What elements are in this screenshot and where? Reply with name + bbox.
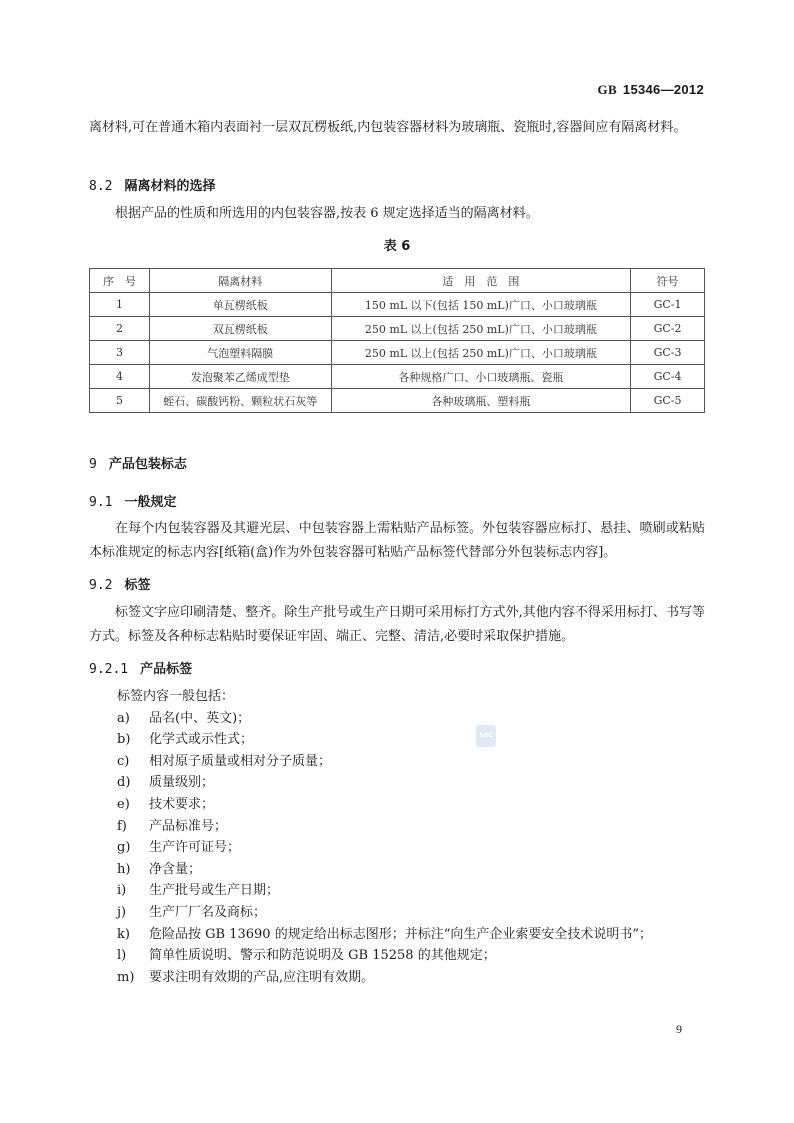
list-label: j) (117, 902, 149, 924)
section-number: 9.2 (89, 578, 112, 593)
table-row: 1 单瓦楞纸板 150 mL 以下(包括 150 mL)广口、小口玻璃瓶 GC-… (90, 293, 705, 317)
section-title: 产品包装标志 (109, 457, 187, 472)
intro-paragraph: 离材料,可在普通木箱内表面衬一层双瓦楞板纸,内包装容器材料为玻璃瓶、瓷瓶时,容器… (89, 116, 705, 140)
list-text: 简单性质说明、警示和防范说明及 GB 15258 的其他规定； (149, 948, 496, 963)
list-text: 相对原子质量或相对分子质量； (149, 754, 331, 769)
standard-code: GB (598, 82, 617, 97)
list-text: 化学式或示性式； (149, 732, 253, 747)
list-item: f)产品标准号； (117, 816, 717, 838)
cell-material: 双瓦楞纸板 (149, 317, 331, 341)
cell-index: 4 (90, 365, 150, 389)
page-number: 9 (676, 1022, 682, 1037)
cell-symbol: GC-1 (631, 293, 705, 317)
list-text: 品名(中、英文)； (149, 711, 250, 726)
list-text: 生产批号或生产日期； (149, 883, 279, 898)
list-intro: 标签内容一般包括： (117, 686, 717, 708)
list-item: e)技术要求； (117, 794, 717, 816)
cell-index: 2 (90, 317, 150, 341)
table-row: 3 气泡塑料隔膜 250 mL 以上(包括 250 mL)广口、小口玻璃瓶 GC… (90, 341, 705, 365)
cell-symbol: GC-3 (631, 341, 705, 365)
header-material: 隔离材料 (149, 269, 331, 293)
list-label: h) (117, 859, 149, 881)
list-label: l) (117, 945, 149, 967)
list-item: l)简单性质说明、警示和防范说明及 GB 15258 的其他规定； (117, 945, 717, 967)
list-text: 技术要求； (149, 797, 214, 812)
cell-symbol: GC-2 (631, 317, 705, 341)
table-row: 4 发泡聚苯乙烯成型垫 各种规格广口、小口玻璃瓶、瓷瓶 GC-4 (90, 365, 705, 389)
list-text: 生产许可证号； (149, 840, 240, 855)
cell-index: 1 (90, 293, 150, 317)
table-caption: 表 6 (0, 235, 794, 254)
list-label: b) (117, 729, 149, 751)
standard-id: 15346—2012 (623, 82, 704, 97)
list-text: 生产厂厂名及商标； (149, 905, 266, 920)
cell-scope: 150 mL 以下(包括 150 mL)广口、小口玻璃瓶 (331, 293, 630, 317)
section-8-2-text: 根据产品的性质和所选用的内包装容器,按表 6 规定选择适当的隔离材料。 (89, 202, 705, 226)
section-title: 隔离材料的选择 (124, 179, 215, 194)
list-text: 要求注明有效期的产品,应注明有效期。 (149, 970, 374, 985)
table-row: 2 双瓦楞纸板 250 mL 以上(包括 250 mL)广口、小口玻璃瓶 GC-… (90, 317, 705, 341)
cell-symbol: GC-5 (631, 389, 705, 413)
list-label: c) (117, 751, 149, 773)
list-label: f) (117, 816, 149, 838)
section-heading-9: 9产品包装标志 (89, 453, 187, 472)
header-symbol: 符号 (631, 269, 705, 293)
watermark-logo-icon: SAC (476, 725, 496, 747)
section-heading-9-2-1: 9.2.1产品标签 (89, 658, 192, 677)
list-item: a)品名(中、英文)； (117, 708, 717, 730)
cell-index: 3 (90, 341, 150, 365)
isolation-materials-table: 序 号 隔离材料 适 用 范 围 符号 1 单瓦楞纸板 150 mL 以下(包括… (89, 268, 705, 413)
list-label: i) (117, 880, 149, 902)
list-label: g) (117, 837, 149, 859)
cell-scope: 各种规格广口、小口玻璃瓶、瓷瓶 (331, 365, 630, 389)
section-9-2-text: 标签文字应印刷清楚、整齐。除生产批号或生产日期可采用标打方式外,其他内容不得采用… (89, 601, 705, 649)
list-item: d)质量级别； (117, 772, 717, 794)
section-heading-8-2: 8.2隔离材料的选择 (89, 175, 216, 194)
section-title: 一般规定 (124, 495, 176, 510)
list-label: k) (117, 924, 149, 946)
cell-material: 发泡聚苯乙烯成型垫 (149, 365, 331, 389)
table-header-row: 序 号 隔离材料 适 用 范 围 符号 (90, 269, 705, 293)
section-number: 8.2 (89, 179, 112, 194)
section-heading-9-2: 9.2标签 (89, 574, 151, 593)
section-number: 9.2.1 (89, 662, 128, 677)
cell-symbol: GC-4 (631, 365, 705, 389)
list-item: j)生产厂厂名及商标； (117, 902, 717, 924)
list-item: i)生产批号或生产日期； (117, 880, 717, 902)
cell-material: 单瓦楞纸板 (149, 293, 331, 317)
cell-scope: 250 mL 以上(包括 250 mL)广口、小口玻璃瓶 (331, 341, 630, 365)
list-label: e) (117, 794, 149, 816)
list-item: m)要求注明有效期的产品,应注明有效期。 (117, 967, 717, 989)
cell-material: 蛭石、碳酸钙粉、颗粒状石灰等 (149, 389, 331, 413)
list-text: 净含量； (149, 862, 201, 877)
list-label: d) (117, 772, 149, 794)
header-scope: 适 用 范 围 (331, 269, 630, 293)
section-title: 标签 (124, 578, 150, 593)
section-9-1-text: 在每个内包装容器及其避光层、中包装容器上需粘贴产品标签。外包装容器应标打、悬挂、… (89, 517, 705, 565)
list-item: h)净含量； (117, 859, 717, 881)
list-text: 产品标准号； (149, 819, 227, 834)
table-row: 5 蛭石、碳酸钙粉、颗粒状石灰等 各种玻璃瓶、塑料瓶 GC-5 (90, 389, 705, 413)
header-index: 序 号 (90, 269, 150, 293)
standard-number: GB15346—2012 (598, 82, 704, 98)
cell-index: 5 (90, 389, 150, 413)
section-number: 9.1 (89, 495, 112, 510)
list-label: m) (117, 967, 149, 989)
label-contents-list: 标签内容一般包括： a)品名(中、英文)； b)化学式或示性式； c)相对原子质… (117, 686, 717, 988)
list-item: k)危险品按 GB 13690 的规定给出标志图形；并标注“向生产企业索要安全技… (117, 924, 717, 946)
cell-scope: 250 mL 以上(包括 250 mL)广口、小口玻璃瓶 (331, 317, 630, 341)
cell-scope: 各种玻璃瓶、塑料瓶 (331, 389, 630, 413)
list-text: 危险品按 GB 13690 的规定给出标志图形；并标注“向生产企业索要安全技术说… (149, 927, 652, 942)
section-heading-9-1: 9.1一般规定 (89, 491, 177, 510)
list-item: b)化学式或示性式； (117, 729, 717, 751)
section-title: 产品标签 (140, 662, 192, 677)
list-text: 质量级别； (149, 775, 214, 790)
list-item: g)生产许可证号； (117, 837, 717, 859)
list-item: c)相对原子质量或相对分子质量； (117, 751, 717, 773)
list-label: a) (117, 708, 149, 730)
section-number: 9 (89, 457, 97, 472)
cell-material: 气泡塑料隔膜 (149, 341, 331, 365)
